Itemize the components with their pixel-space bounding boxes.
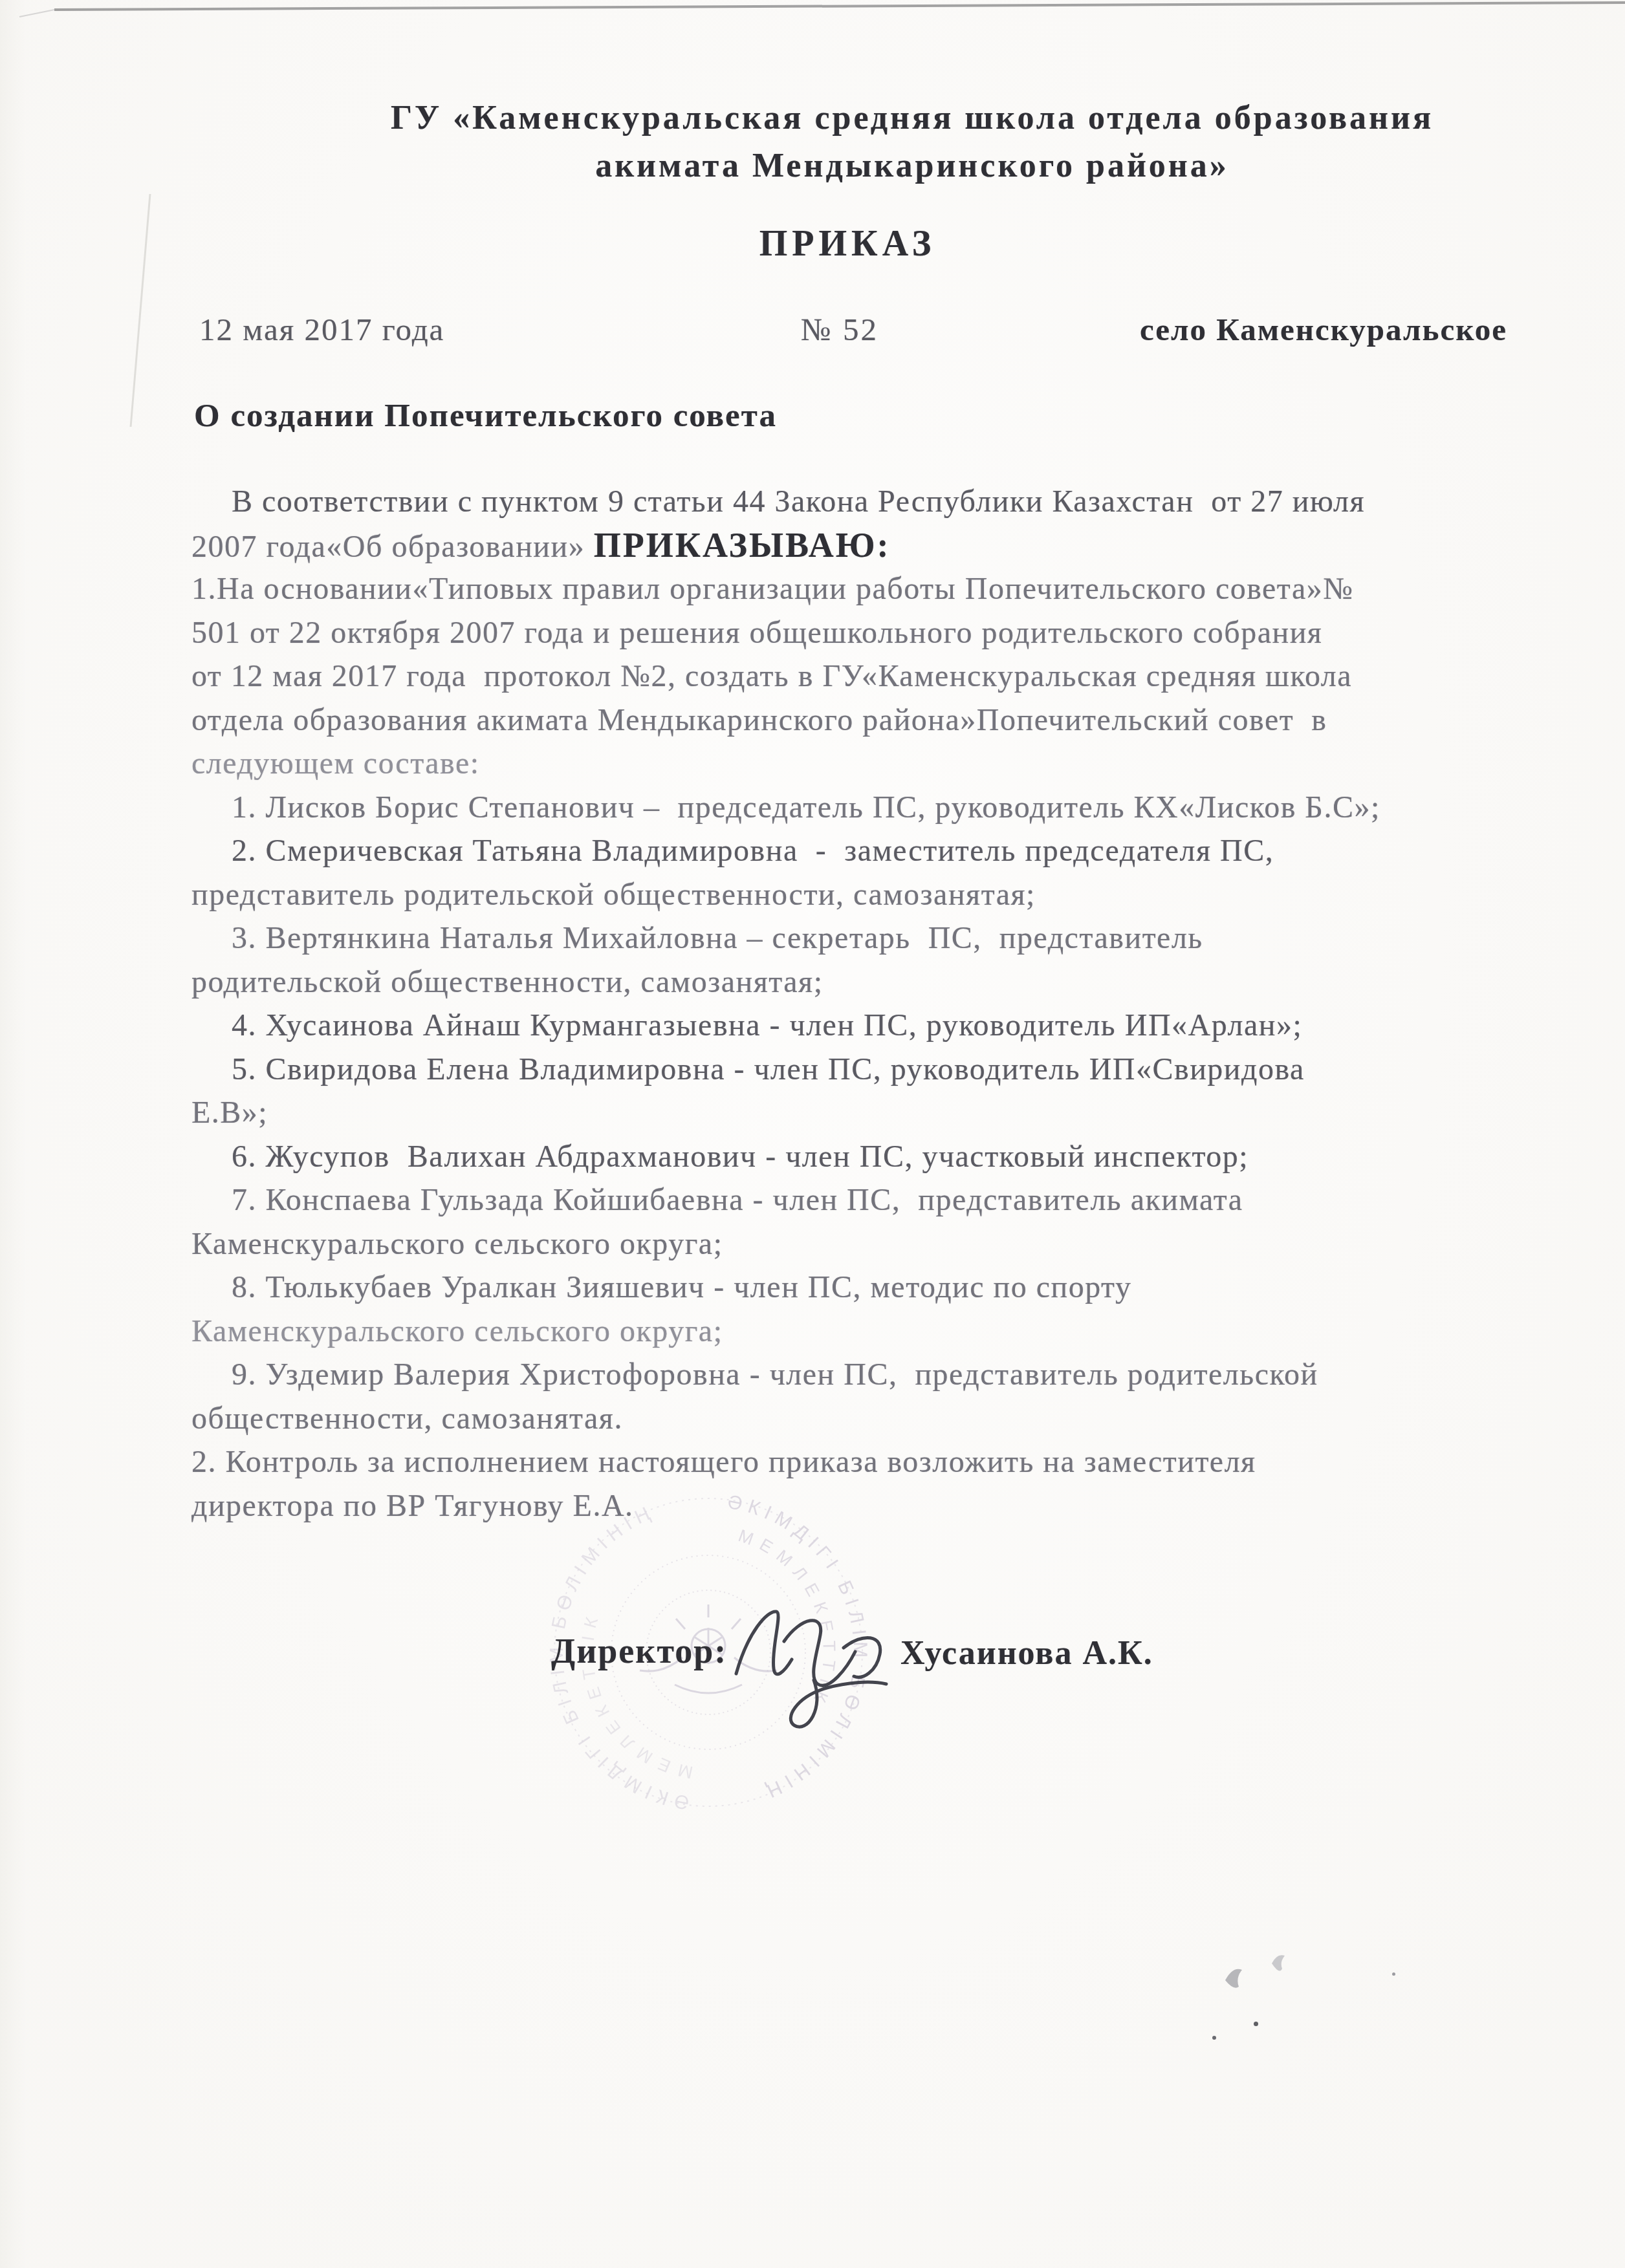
body-line: следующем составе: <box>191 742 1380 786</box>
list-item: 3. Вертянкина Наталья Михайловна – секре… <box>191 916 1380 960</box>
scan-dot-1 <box>1254 2022 1258 2026</box>
document-number: № 52 <box>801 308 878 351</box>
list-item-continuation: Каменскуральского сельского округа; <box>191 1310 1380 1354</box>
director-signature <box>717 1570 917 1745</box>
list-item: 2. Смеричевская Татьяна Владимировна - з… <box>191 829 1380 873</box>
body-line: 501 от 22 октября 2007 года и решения об… <box>191 611 1380 655</box>
body-line: от 12 мая 2017 года протокол №2, создать… <box>191 654 1380 698</box>
body-line: отдела образования акимата Мендыкаринско… <box>191 698 1380 742</box>
list-item-continuation: родительской общественности, самозанятая… <box>191 960 1380 1004</box>
body-line: 2. Контроль за исполнением настоящего пр… <box>191 1440 1380 1484</box>
list-item: 6. Жусупов Валихан Абдрахманович - член … <box>191 1135 1380 1179</box>
list-item: 9. Уздемир Валерия Христофоровна - член … <box>191 1353 1380 1397</box>
meta-row: 12 мая 2017 года № 52 село Каменскуральс… <box>0 308 1625 353</box>
scan-edge-line <box>0 0 1625 26</box>
org-name-line1: ГУ «Каменскуральская средняя школа отдел… <box>201 94 1624 142</box>
signature-name: Хусаинова А.К. <box>900 1634 1153 1672</box>
list-item: 5. Свиридова Елена Владимировна - член П… <box>191 1048 1380 1092</box>
document-place: село Каменскуральское <box>1022 308 1507 351</box>
list-item: 1. Лисков Борис Степанович – председател… <box>191 786 1380 830</box>
document-body: В соответствии с пунктом 9 статьи 44 Зак… <box>191 480 1380 1528</box>
signature-title: Директор: <box>551 1631 727 1671</box>
body-line-fragment: 2007 года«Об образовании» <box>191 530 594 564</box>
list-item-continuation: общественности, самозанятая. <box>191 1397 1380 1441</box>
list-item: 8. Тюлькубаев Уралкан Зияшевич - член ПС… <box>191 1266 1380 1310</box>
scanned-document-page: ГУ «Каменскуральская средняя школа отдел… <box>0 0 1625 2268</box>
document-subject: О создании Попечительского совета <box>194 394 777 438</box>
list-item-continuation: Каменскуральского сельского округа; <box>191 1222 1380 1266</box>
order-keyword: ПРИКАЗЫВАЮ: <box>594 526 891 565</box>
body-line: 1.На основании«Типовых правил организаци… <box>191 567 1380 611</box>
body-line: В соответствии с пунктом 9 статьи 44 Зак… <box>191 480 1380 524</box>
document-type-title: ПРИКАЗ <box>71 220 1624 268</box>
scan-dot-3 <box>1392 1972 1395 1976</box>
scan-speck-curl-2 <box>1267 1949 1299 1988</box>
list-item-continuation: Е.В»; <box>191 1091 1380 1135</box>
document-date: 12 мая 2017 года <box>199 308 444 351</box>
body-line: 2007 года«Об образовании» ПРИКАЗЫВАЮ: <box>191 524 1380 568</box>
scan-dot-2 <box>1212 2036 1216 2040</box>
list-item-continuation: представитель родительской общественност… <box>191 873 1380 917</box>
list-item: 7. Конспаева Гульзада Койшибаевна - член… <box>191 1178 1380 1222</box>
list-item: 4. Хусаинова Айнаш Курмангазыевна - член… <box>191 1004 1380 1048</box>
scan-speck-curl-1 <box>1221 1962 1260 2001</box>
org-name-line2: акимата Мендыкаринского района» <box>201 142 1624 190</box>
